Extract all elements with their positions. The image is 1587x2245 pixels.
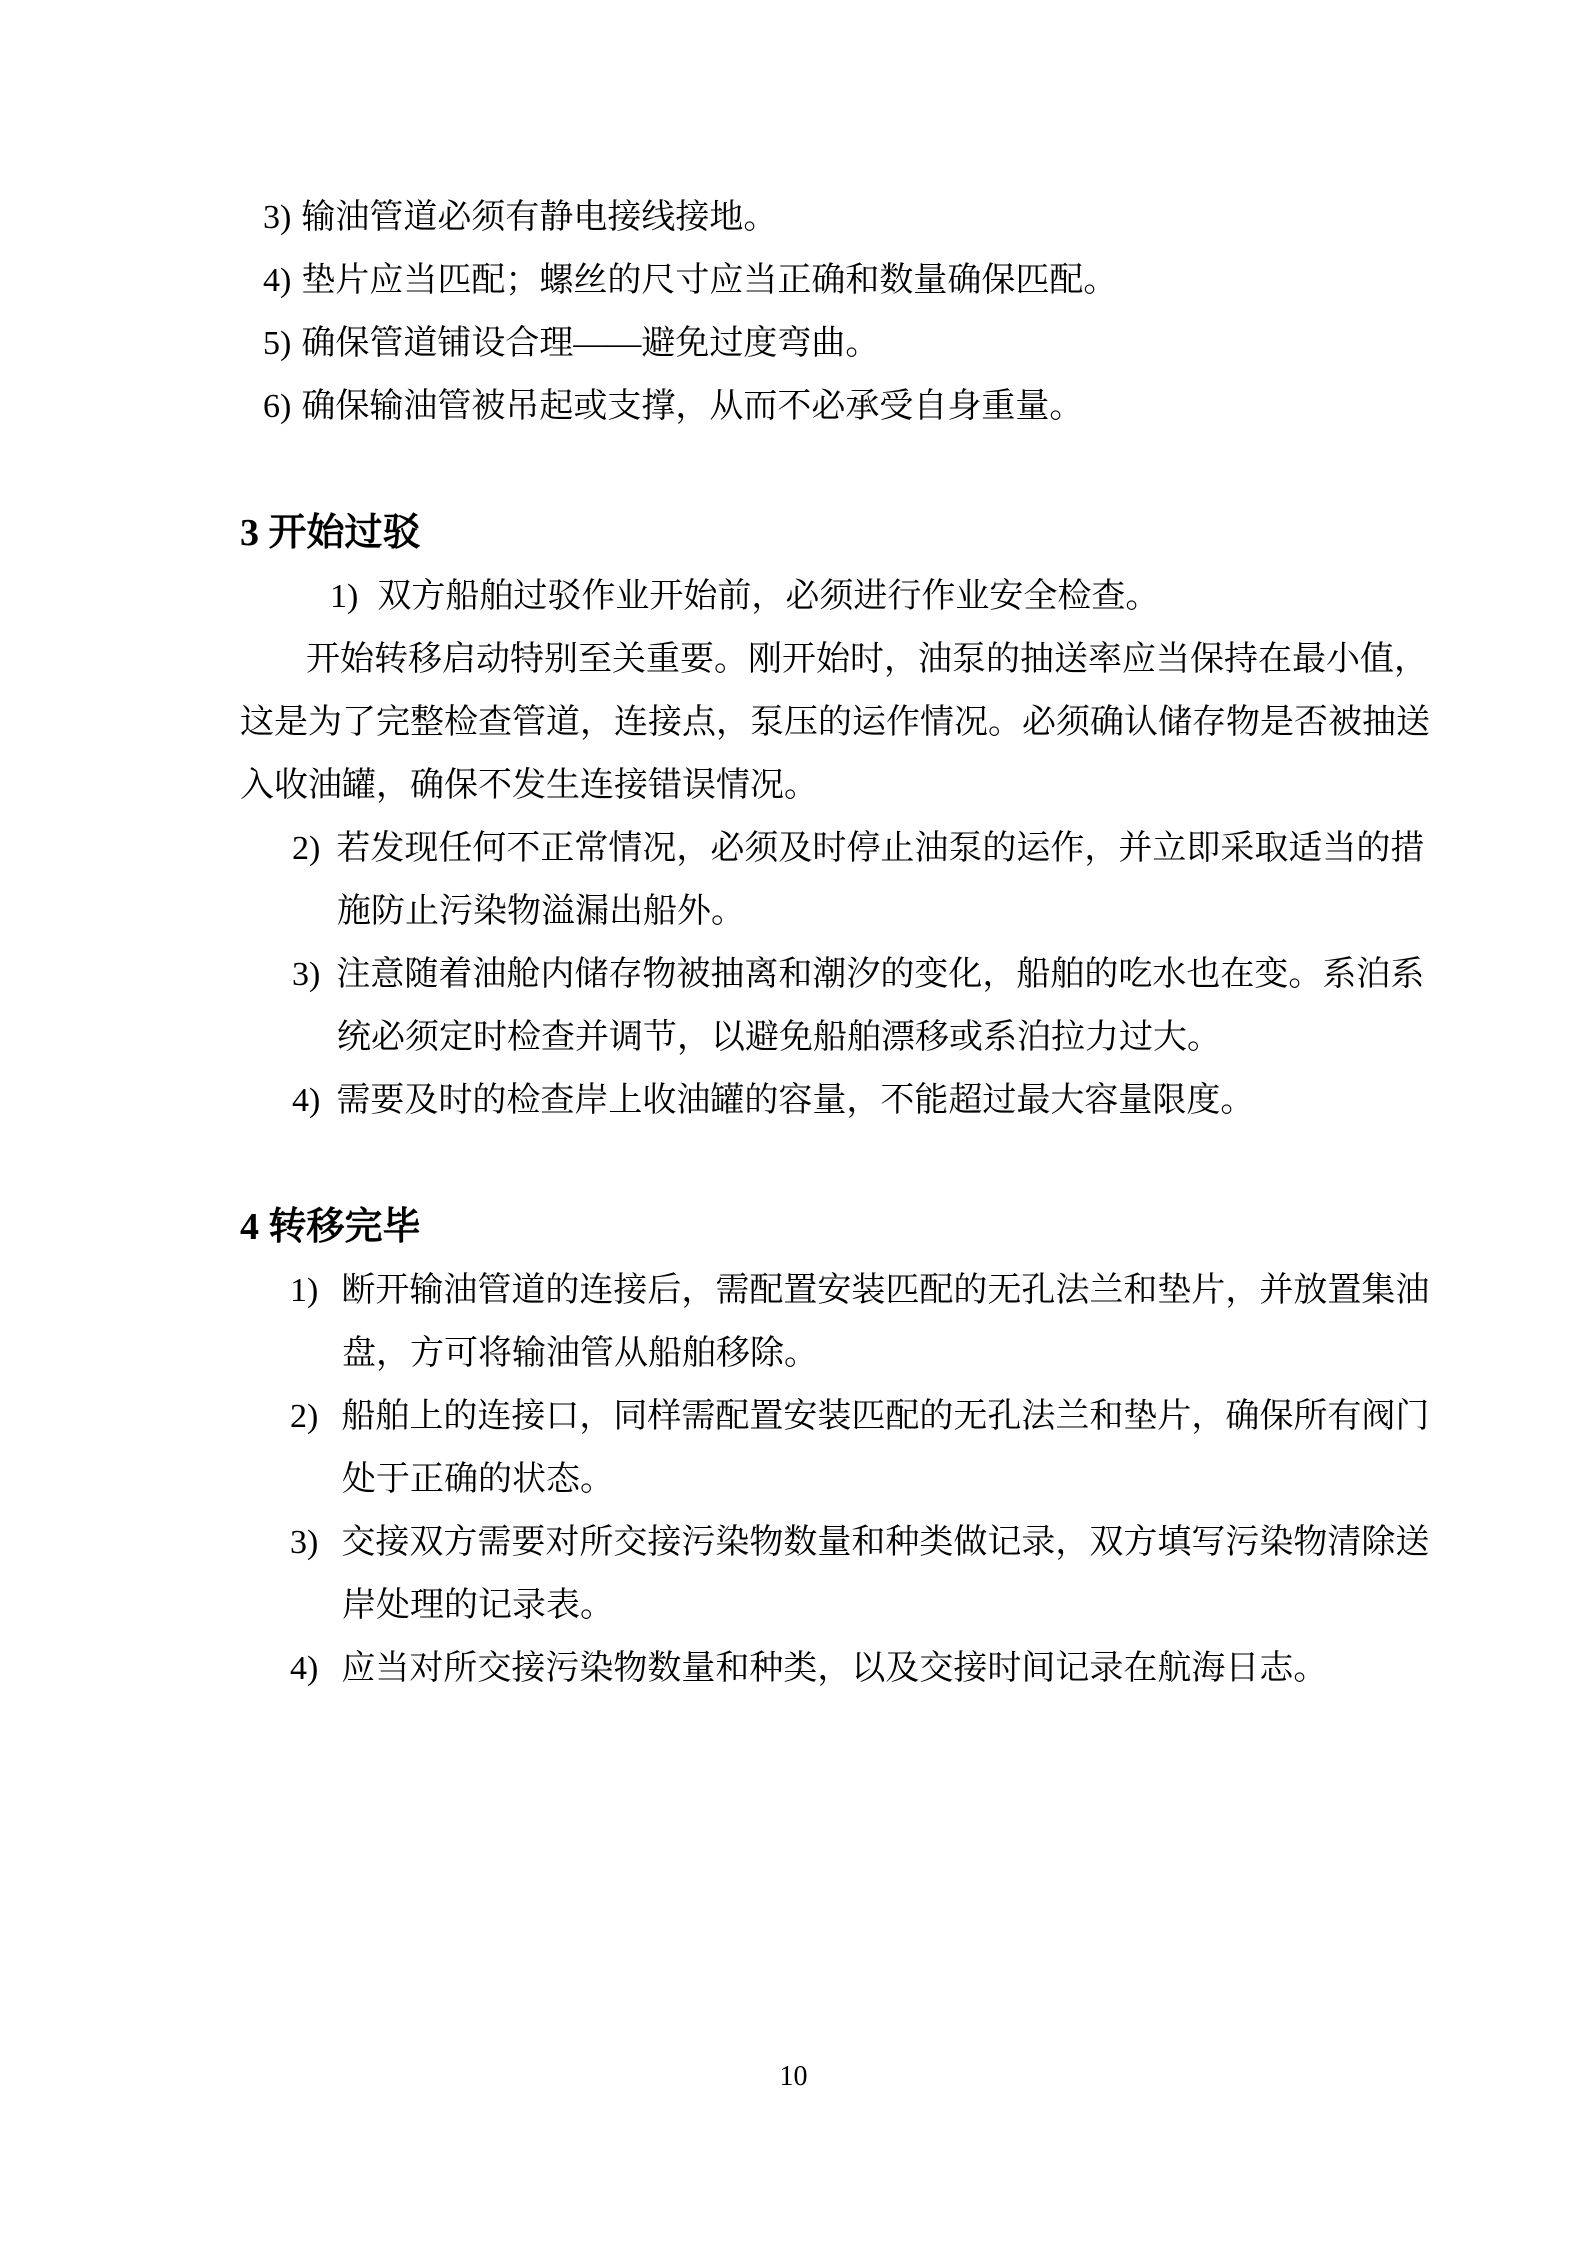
list-item-number: 3): [290, 1511, 318, 1574]
section-heading: 3 开始过驳: [240, 502, 1420, 565]
text-line: 岸处理的记录表。: [240, 1574, 1420, 1637]
text-line: 垫片应当匹配；螺丝的尺寸应当正确和数量确保匹配。: [301, 262, 1117, 299]
list-item-number: 6): [263, 375, 291, 438]
document-body: 3)输油管道必须有静电接线接地。 4)垫片应当匹配；螺丝的尺寸应当正确和数量确保…: [240, 186, 1420, 1700]
paragraph-line: 入收油罐，确保不发生连接错误情况。: [240, 754, 1420, 817]
text-line: 断开输油管道的连接后，需配置安装匹配的无孔法兰和垫片，并放置集油: [341, 1272, 1429, 1309]
list-item: 3)交接双方需要对所交接污染物数量和种类做记录，双方填写污染物清除送 岸处理的记…: [240, 1511, 1420, 1637]
text-line: 若发现任何不正常情况，必须及时停止油泵的运作，并立即采取适当的措: [336, 830, 1424, 867]
text-line: 施防止污染物溢漏出船外。: [240, 880, 1420, 943]
text-line: 交接双方需要对所交接污染物数量和种类做记录，双方填写污染物清除送: [341, 1524, 1429, 1561]
list-item: 4)垫片应当匹配；螺丝的尺寸应当正确和数量确保匹配。: [240, 249, 1420, 312]
text-line: 确保输油管被吊起或支撑，从而不必承受自身重量。: [301, 388, 1083, 425]
text-line: 注意随着油舱内储存物被抽离和潮汐的变化，船舶的吃水也在变。系泊系: [336, 956, 1424, 993]
text-line: 确保管道铺设合理——避免过度弯曲。: [301, 325, 879, 362]
list-item-number: 4): [290, 1637, 318, 1700]
list-item-number: 1): [330, 565, 358, 628]
list-item: 3)输油管道必须有静电接线接地。: [240, 186, 1420, 249]
page-number: 10: [0, 2060, 1587, 2094]
list-item: 1)断开输油管道的连接后，需配置安装匹配的无孔法兰和垫片，并放置集油 盘，方可将…: [240, 1259, 1420, 1385]
list-item: 4)应当对所交接污染物数量和种类，以及交接时间记录在航海日志。: [240, 1637, 1420, 1700]
list-item-number: 4): [292, 1069, 320, 1132]
document-page: 3)输油管道必须有静电接线接地。 4)垫片应当匹配；螺丝的尺寸应当正确和数量确保…: [0, 0, 1587, 2245]
list-item-number: 3): [263, 186, 291, 249]
list-item: 2)若发现任何不正常情况，必须及时停止油泵的运作，并立即采取适当的措 施防止污染…: [240, 817, 1420, 943]
list-item: 3)注意随着油舱内储存物被抽离和潮汐的变化，船舶的吃水也在变。系泊系 统必须定时…: [240, 943, 1420, 1069]
list-item: 6)确保输油管被吊起或支撑，从而不必承受自身重量。: [240, 375, 1420, 438]
list-item-number: 2): [292, 817, 320, 880]
text-line: 盘，方可将输油管从船舶移除。: [240, 1322, 1420, 1385]
text-line: 统必须定时检查并调节，以避免船舶漂移或系泊拉力过大。: [240, 1006, 1420, 1069]
text-line: 应当对所交接污染物数量和种类，以及交接时间记录在航海日志。: [341, 1650, 1327, 1687]
list-item: 2)船舶上的连接口，同样需配置安装匹配的无孔法兰和垫片，确保所有阀门 处于正确的…: [240, 1385, 1420, 1511]
text-line: 双方船舶过驳作业开始前，必须进行作业安全检查。: [377, 578, 1159, 615]
list-item-number: 5): [263, 312, 291, 375]
list-item-number: 3): [292, 943, 320, 1006]
list-item-number: 1): [290, 1259, 318, 1322]
text-line: 输油管道必须有静电接线接地。: [301, 199, 777, 236]
text-line: 处于正确的状态。: [240, 1448, 1420, 1511]
list-item: 1)双方船舶过驳作业开始前，必须进行作业安全检查。: [240, 565, 1420, 628]
paragraph-line: 这是为了完整检查管道，连接点，泵压的运作情况。必须确认储存物是否被抽送: [240, 691, 1420, 754]
list-item: 5)确保管道铺设合理——避免过度弯曲。: [240, 312, 1420, 375]
list-item-number: 4): [263, 249, 291, 312]
paragraph-line: 开始转移启动特别至关重要。刚开始时，油泵的抽送率应当保持在最小值，: [240, 628, 1420, 691]
section-heading: 4 转移完毕: [240, 1196, 1420, 1259]
text-line: 需要及时的检查岸上收油罐的容量，不能超过最大容量限度。: [336, 1082, 1254, 1119]
list-item: 4)需要及时的检查岸上收油罐的容量，不能超过最大容量限度。: [240, 1069, 1420, 1132]
list-item-number: 2): [290, 1385, 318, 1448]
text-line: 船舶上的连接口，同样需配置安装匹配的无孔法兰和垫片，确保所有阀门: [341, 1398, 1429, 1435]
